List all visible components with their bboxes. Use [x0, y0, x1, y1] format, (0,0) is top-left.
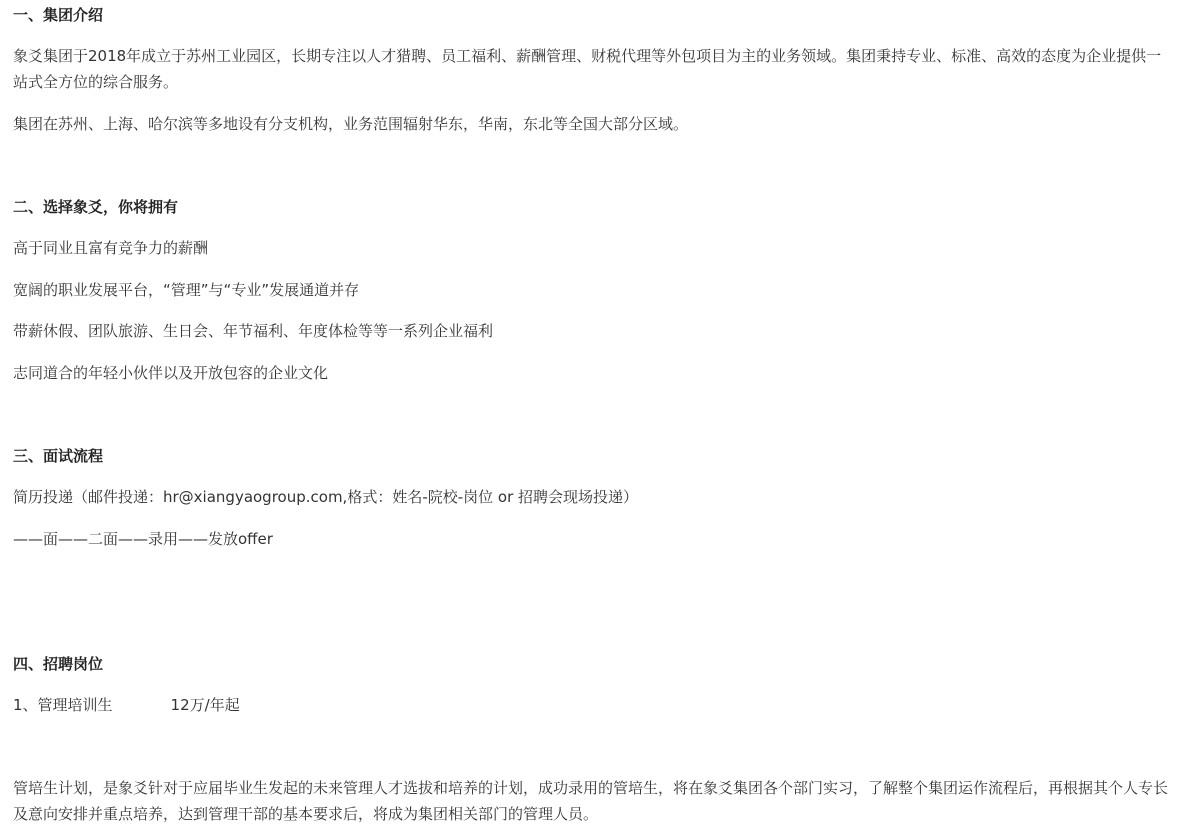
benefit-item: 宽阔的职业发展平台，“管理”与“专业”发展通道并存	[13, 277, 359, 303]
intro-paragraph-1: 象爻集团于2018年成立于苏州工业园区，长期专注以人才猎聘、员工福利、薪酬管理、…	[13, 43, 1173, 95]
section-heading-benefits: 二、选择象爻，你将拥有	[13, 194, 178, 220]
position-name: 1、管理培训生	[13, 696, 113, 714]
position-row: 1、管理培训生12万/年起	[13, 692, 240, 718]
job-posting-document: 一、集团介绍 象爻集团于2018年成立于苏州工业园区，长期专注以人才猎聘、员工福…	[0, 0, 1180, 825]
position-salary: 12万/年起	[171, 692, 240, 718]
interview-steps-text: ——面——二面——录用——发放offer	[13, 526, 273, 552]
benefit-item: 带薪休假、团队旅游、生日会、年节福利、年度体检等等一系列企业福利	[13, 318, 493, 344]
intro-paragraph-2: 集团在苏州、上海、哈尔滨等多地设有分支机构，业务范围辐射华东，华南，东北等全国大…	[13, 111, 688, 137]
section-heading-intro: 一、集团介绍	[13, 2, 103, 28]
benefit-item: 高于同业且富有竞争力的薪酬	[13, 235, 208, 261]
management-trainee-description: 管培生计划，是象爻针对于应届毕业生发起的未来管理人才选拔和培养的计划，成功录用的…	[13, 775, 1173, 825]
section-heading-interview: 三、面试流程	[13, 443, 103, 469]
benefit-item: 志同道合的年轻小伙伴以及开放包容的企业文化	[13, 360, 328, 386]
section-heading-positions: 四、招聘岗位	[13, 651, 103, 677]
resume-submission-text: 简历投递（邮件投递：hr@xiangyaogroup.com,格式：姓名-院校-…	[13, 484, 638, 510]
